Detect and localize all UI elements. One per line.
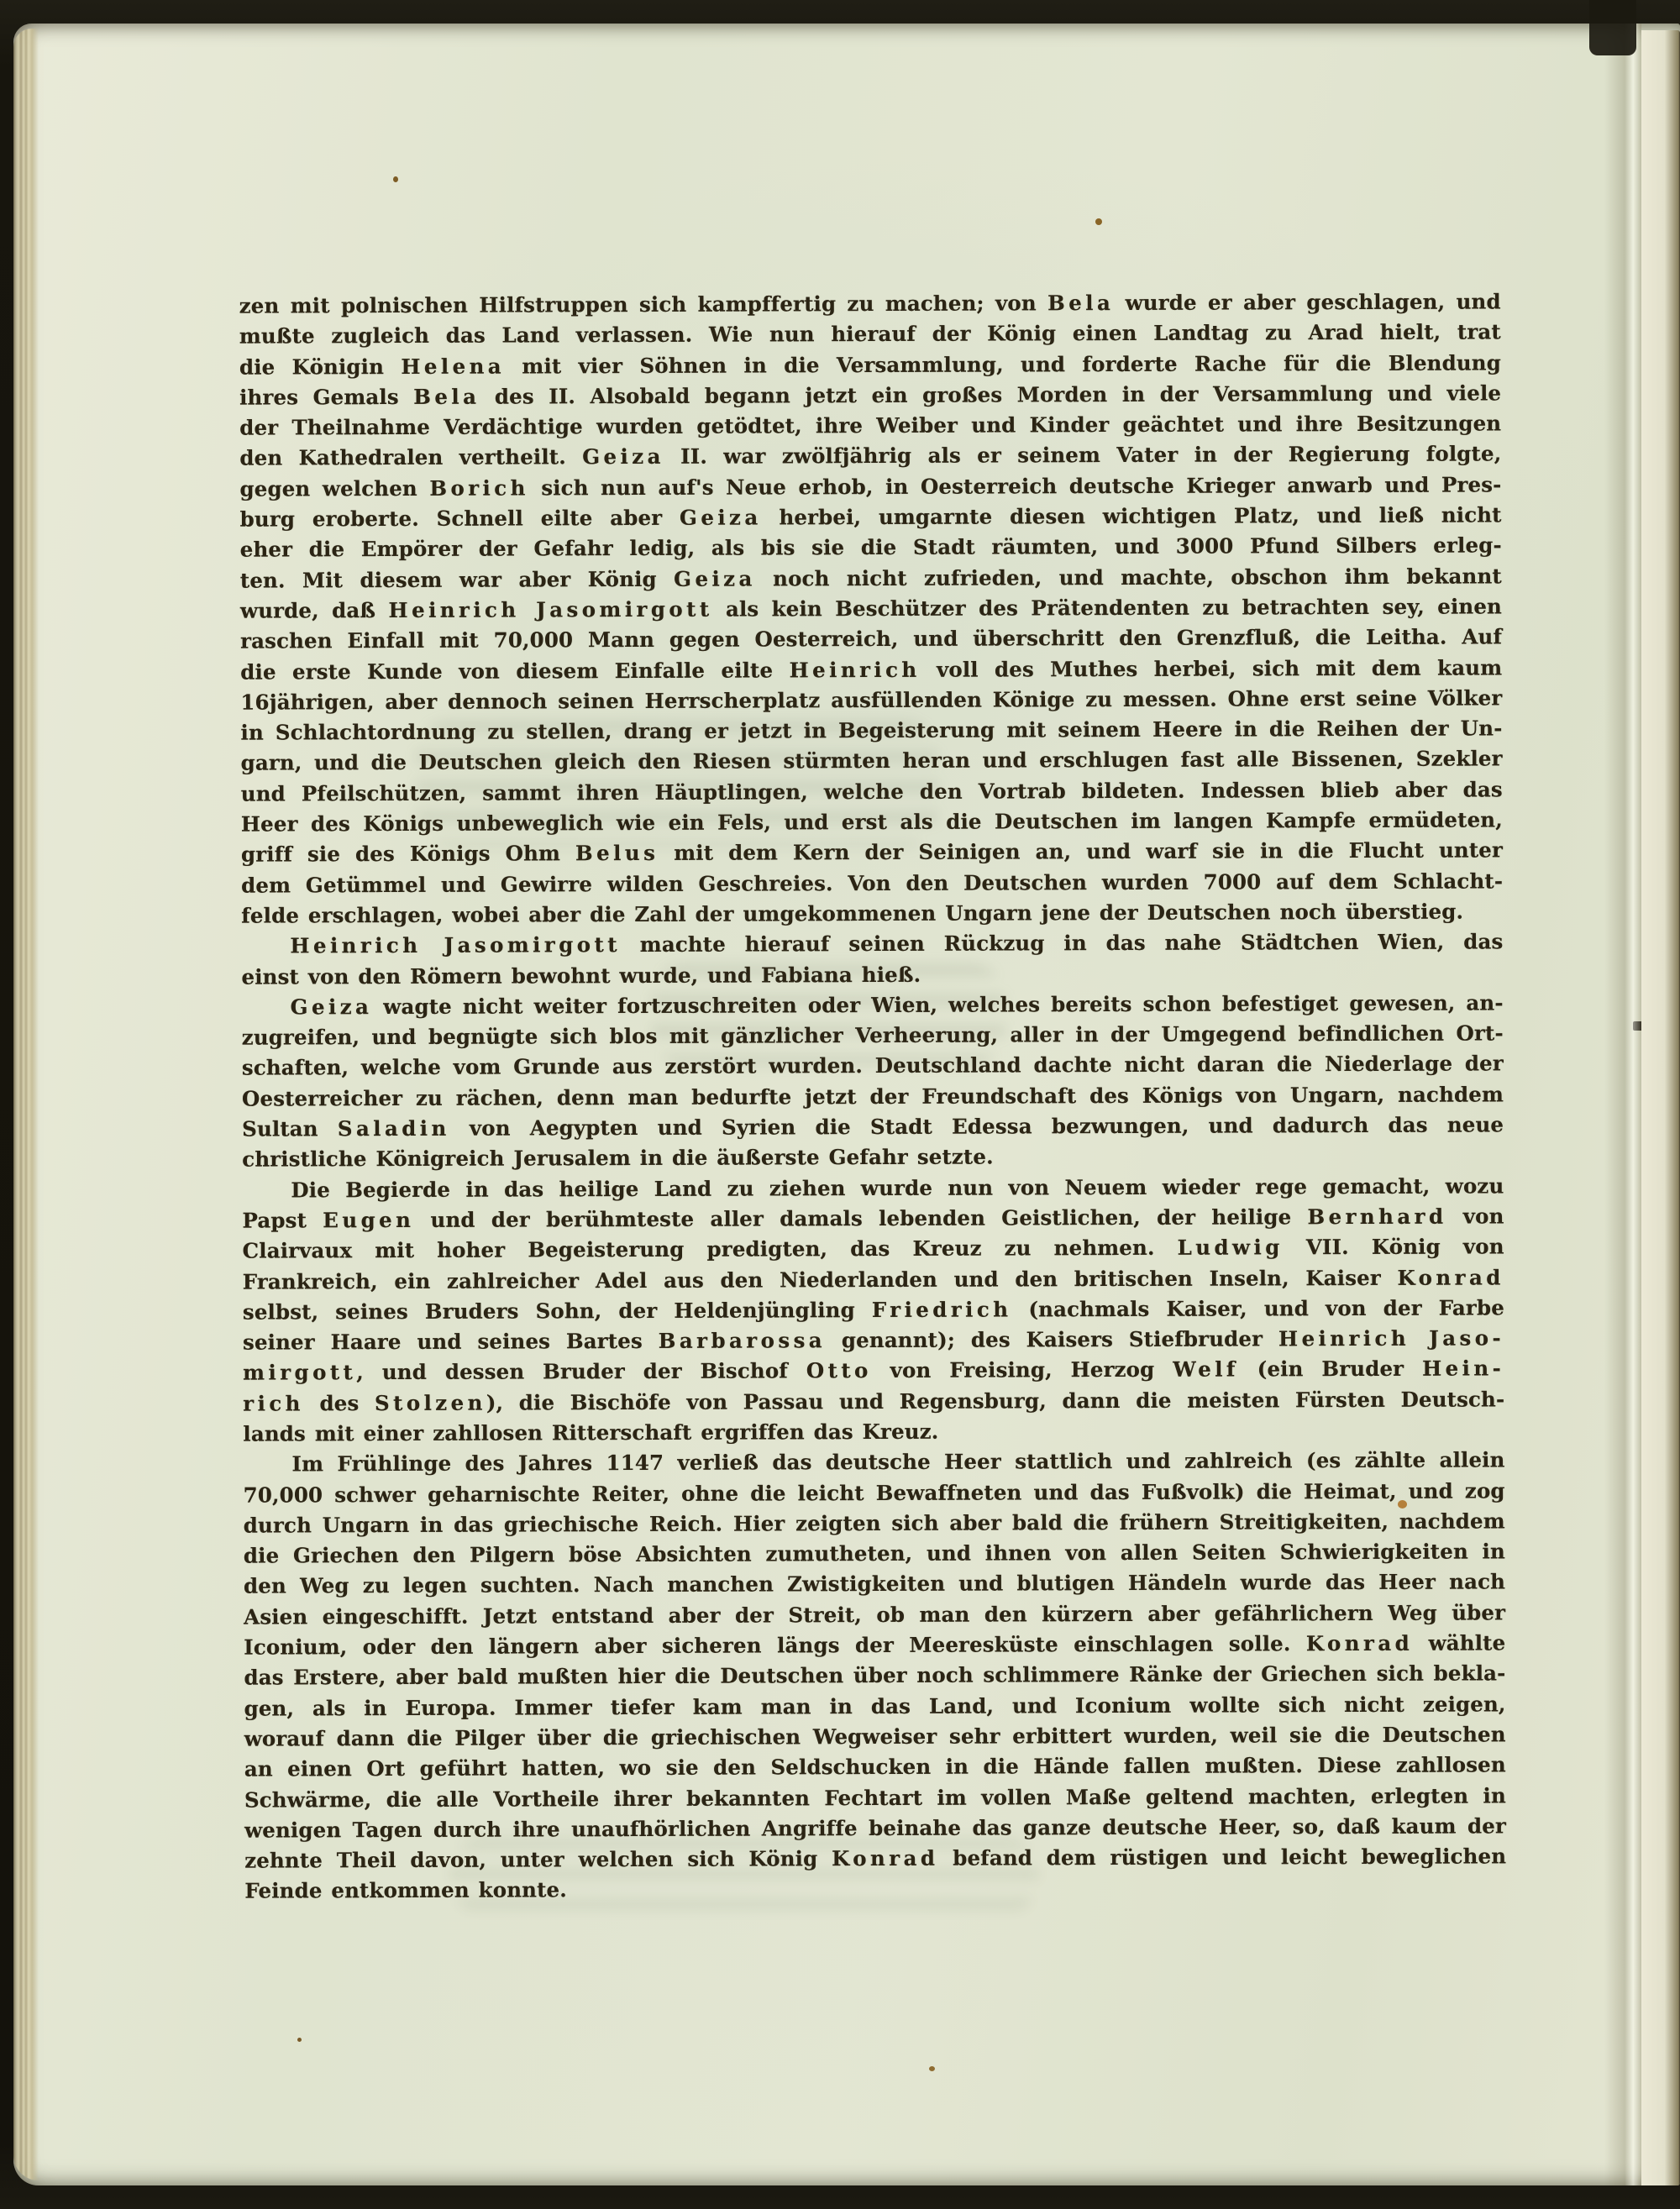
text-line: die Griechen den Pilgern böse Absichten …: [244, 1537, 1505, 1572]
text-line: lands mit einer zahllosen Ritterschaft e…: [243, 1414, 1504, 1450]
text-line: Heinrich Jasomirgott machte hierauf sein…: [241, 927, 1503, 963]
text-line: in Schlachtordnung zu stellen, drang er …: [240, 714, 1502, 749]
text-line: Im Frühlinge des Jahres 1147 verließ das…: [243, 1446, 1504, 1481]
text-line: Schwärme, die alle Vortheile ihrer bekan…: [244, 1781, 1506, 1816]
book-page: zen mit polnischen Hilfstruppen sich kam…: [13, 24, 1680, 2185]
text-line: worauf dann die Pilger über die griechis…: [244, 1719, 1506, 1755]
text-line: felde erschlagen, wobei aber die Zahl de…: [241, 896, 1503, 931]
text-line: den Weg zu legen suchten. Nach manchen Z…: [244, 1567, 1505, 1603]
foxing-speck: [393, 176, 398, 182]
foxing-speck: [297, 2038, 302, 2042]
text-line: ihres Gemals Bela des II. Alsobald began…: [239, 378, 1501, 413]
text-line: mirgott, und dessen Bruder der Bischof O…: [243, 1354, 1504, 1389]
text-line: Clairvaux mit hoher Begeisterung predigt…: [243, 1232, 1504, 1267]
text-line: zen mit polnischen Hilfstruppen sich kam…: [239, 286, 1501, 322]
text-line: 16jährigen, aber dennoch seinen Herrsche…: [240, 683, 1502, 718]
text-line: rich des Stolzen), die Bischöfe von Pass…: [243, 1384, 1504, 1419]
text-line: Die Begierde in das heilige Land zu zieh…: [242, 1171, 1504, 1206]
text-line: Heer des Königs unbeweglich wie ein Fels…: [241, 805, 1503, 840]
text-line: ten. Mit diesem war aber König Geiza noc…: [240, 561, 1502, 596]
foxing-speck: [929, 2066, 935, 2071]
binding-shadow: [1589, 0, 1636, 55]
text-line: die erste Kunde von diesem Einfalle eilt…: [240, 653, 1502, 688]
text-line: griff sie des Königs Ohm Belus mit dem K…: [241, 836, 1503, 871]
page-stack-left-edge: [13, 29, 39, 2180]
text-line: raschen Einfall mit 70,000 Mann gegen Oe…: [240, 622, 1502, 658]
text-line: die Königin Helena mit vier Söhnen in di…: [239, 348, 1501, 383]
text-line: den Kathedralen vertheilt. Geiza II. war…: [239, 439, 1501, 475]
text-line: und Pfeilschützen, sammt ihren Häuptling…: [241, 774, 1503, 810]
text-line: gegen welchen Borich sich nun auf's Neue…: [239, 470, 1501, 505]
text-line: eher die Empörer der Gefahr ledig, als b…: [240, 531, 1502, 566]
text-line: Papst Eugen und der berühmteste aller da…: [242, 1201, 1504, 1236]
text-line: zugreifen, und begnügte sich blos mit gä…: [242, 1019, 1504, 1054]
text-line: der Theilnahme Verdächtige wurden getödt…: [239, 409, 1501, 444]
adjacent-page-edge: [1641, 30, 1680, 2185]
text-line: durch Ungarn in das griechische Reich. H…: [244, 1506, 1505, 1541]
text-line: einst von den Römern bewohnt wurde, und …: [241, 958, 1503, 993]
text-line: Frankreich, ein zahlreicher Adel aus den…: [243, 1262, 1504, 1298]
text-line: wurde, daß Heinrich Jasomirgott als kein…: [240, 591, 1502, 627]
foxing-speck: [1095, 218, 1102, 225]
page-crease: [1604, 24, 1641, 2185]
text-line: das Erstere, aber bald mußten hier die D…: [244, 1659, 1505, 1694]
text-line: an einen Ort geführt hatten, wo sie den …: [244, 1750, 1506, 1786]
text-line: garn, und die Deutschen gleich den Riese…: [241, 744, 1503, 779]
text-line: zehnte Theil davon, unter welchen sich K…: [244, 1842, 1506, 1877]
text-block: zen mit polnischen Hilfstruppen sich kam…: [239, 286, 1507, 1907]
text-line: 70,000 schwer geharnischte Reiter, ohne …: [244, 1476, 1505, 1511]
text-line: mußte zugleich das Land verlassen. Wie n…: [239, 317, 1501, 353]
text-line: burg eroberte. Schnell eilte aber Geiza …: [240, 500, 1502, 535]
text-line: seiner Haare und seines Bartes Barbaross…: [243, 1323, 1504, 1358]
text-line: Iconium, oder den längern aber sicheren …: [244, 1628, 1505, 1663]
text-line: Geiza wagte nicht weiter fortzuschreiten…: [242, 988, 1504, 1023]
text-line: wenigen Tagen durch ihre unaufhörlichen …: [244, 1811, 1506, 1846]
text-line: selbst, seines Bruders Sohn, der Heldenj…: [243, 1293, 1504, 1328]
text-line: Asien eingeschifft. Jetzt entstand aber …: [244, 1598, 1505, 1633]
text-line: gen, als in Europa. Immer tiefer kam man…: [244, 1689, 1505, 1724]
text-line: christliche Königreich Jerusalem in die …: [242, 1141, 1504, 1176]
text-line: dem Getümmel und Gewirre wilden Geschrei…: [241, 866, 1503, 901]
text-line: schaften, welche vom Grunde aus zerstört…: [242, 1049, 1504, 1084]
text-line: Sultan Saladin von Aegypten und Syrien d…: [242, 1110, 1504, 1145]
text-line: Feinde entkommen konnte.: [244, 1872, 1506, 1907]
book-scan: zen mit polnischen Hilfstruppen sich kam…: [0, 0, 1680, 2209]
text-line: Oesterreicher zu rächen, denn man bedurf…: [242, 1079, 1504, 1115]
